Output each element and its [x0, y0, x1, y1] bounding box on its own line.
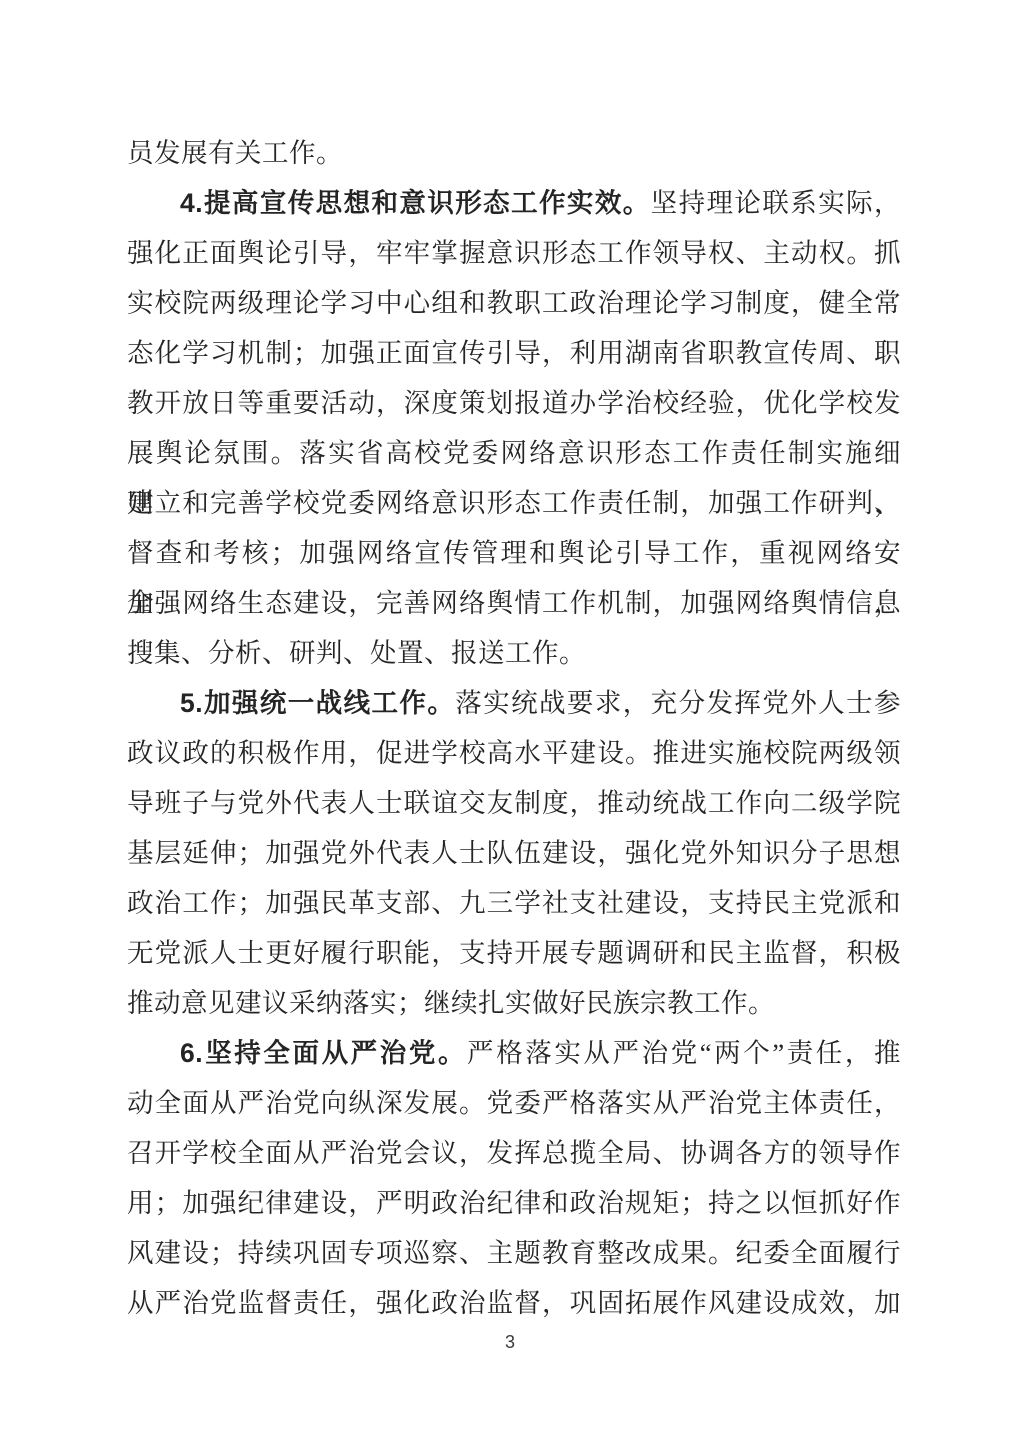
paragraph-text: 用；加强纪律建设，严明政治纪律和政治规矩；持之以恒抓好作 [127, 1188, 901, 1218]
paragraph-text: 态化学习机制；加强正面宣传引导，利用湖南省职教宣传周、职 [127, 338, 901, 368]
text-line: 搜集、分析、研判、处置、报送工作。 [127, 628, 901, 678]
text-line: 建立和完善学校党委网络意识形态工作责任制，加强工作研判、 [127, 478, 901, 528]
paragraph-text: 无党派人士更好履行职能，支持开展专题调研和民主监督，积极 [127, 938, 901, 968]
paragraph-text: 坚持理论联系实际， [651, 188, 901, 218]
paragraph-text: 落实统战要求，充分发挥党外人士参 [455, 688, 901, 718]
paragraph-text: 基层延伸；加强党外代表人士队伍建设，强化党外知识分子思想 [127, 838, 901, 868]
page-number: 3 [0, 1332, 1020, 1353]
paragraph-text: 推动意见建议采纳落实；继续扎实做好民族宗教工作。 [127, 988, 775, 1018]
paragraph-text: 风建设；持续巩固专项巡察、主题教育整改成果。纪委全面履行 [127, 1238, 901, 1268]
text-line: 政议政的积极作用，促进学校高水平建设。推进实施校院两级领 [127, 728, 901, 778]
text-line: 督查和考核；加强网络宣传管理和舆论引导工作，重视网络安全， [127, 528, 901, 578]
paragraph-heading: 5.加强统一战线工作。 [180, 688, 455, 718]
paragraph-heading: 6.坚持全面从严治党。 [180, 1038, 467, 1068]
document-page: 员发展有关工作。4.提高宣传思想和意识形态工作实效。坚持理论联系实际，强化正面舆… [0, 0, 1024, 1448]
text-line: 用；加强纪律建设，严明政治纪律和政治规矩；持之以恒抓好作 [127, 1178, 901, 1228]
text-line: 4.提高宣传思想和意识形态工作实效。坚持理论联系实际， [127, 178, 901, 228]
paragraph-text: 政议政的积极作用，促进学校高水平建设。推进实施校院两级领 [127, 738, 901, 768]
paragraph-text: 加强网络生态建设，完善网络舆情工作机制，加强网络舆情信息 [127, 588, 901, 618]
paragraph-text: 召开学校全面从严治党会议，发挥总揽全局、协调各方的领导作 [127, 1138, 901, 1168]
paragraph-text: 建立和完善学校党委网络意识形态工作责任制，加强工作研判、 [127, 488, 901, 518]
paragraph-text: 政治工作；加强民革支部、九三学社支社建设，支持民主党派和 [127, 888, 901, 918]
paragraph-heading: 4.提高宣传思想和意识形态工作实效。 [180, 188, 651, 218]
text-line: 政治工作；加强民革支部、九三学社支社建设，支持民主党派和 [127, 878, 901, 928]
text-line: 6.坚持全面从严治党。严格落实从严治党“两个”责任，推 [127, 1028, 901, 1078]
paragraph-text: 从严治党监督责任，强化政治监督，巩固拓展作风建设成效，加 [127, 1288, 901, 1318]
text-line: 无党派人士更好履行职能，支持开展专题调研和民主监督，积极 [127, 928, 901, 978]
text-line: 风建设；持续巩固专项巡察、主题教育整改成果。纪委全面履行 [127, 1228, 901, 1278]
paragraph-text: 严格落实从严治党“两个”责任，推 [467, 1038, 901, 1068]
text-line: 加强网络生态建设，完善网络舆情工作机制，加强网络舆情信息 [127, 578, 901, 628]
paragraph-text: 教开放日等重要活动，深度策划报道办学治校经验，优化学校发 [127, 388, 901, 418]
paragraph-text: 实校院两级理论学习中心组和教职工政治理论学习制度，健全常 [127, 288, 901, 318]
text-line: 动全面从严治党向纵深发展。党委严格落实从严治党主体责任， [127, 1078, 901, 1128]
paragraph-text: 搜集、分析、研判、处置、报送工作。 [127, 638, 586, 668]
paragraph-text: 导班子与党外代表人士联谊交友制度，推动统战工作向二级学院 [127, 788, 901, 818]
document-body: 员发展有关工作。4.提高宣传思想和意识形态工作实效。坚持理论联系实际，强化正面舆… [127, 128, 901, 1328]
paragraph-text: 员发展有关工作。 [127, 138, 343, 168]
text-line: 教开放日等重要活动，深度策划报道办学治校经验，优化学校发 [127, 378, 901, 428]
text-line: 导班子与党外代表人士联谊交友制度，推动统战工作向二级学院 [127, 778, 901, 828]
text-line: 员发展有关工作。 [127, 128, 901, 178]
paragraph-text: 强化正面舆论引导，牢牢掌握意识形态工作领导权、主动权。抓 [127, 238, 901, 268]
text-line: 强化正面舆论引导，牢牢掌握意识形态工作领导权、主动权。抓 [127, 228, 901, 278]
text-line: 5.加强统一战线工作。落实统战要求，充分发挥党外人士参 [127, 678, 901, 728]
text-line: 推动意见建议采纳落实；继续扎实做好民族宗教工作。 [127, 978, 901, 1028]
paragraph-text: 动全面从严治党向纵深发展。党委严格落实从严治党主体责任， [127, 1088, 901, 1118]
text-line: 展舆论氛围。落实省高校党委网络意识形态工作责任制实施细则， [127, 428, 901, 478]
text-line: 基层延伸；加强党外代表人士队伍建设，强化党外知识分子思想 [127, 828, 901, 878]
text-line: 从严治党监督责任，强化政治监督，巩固拓展作风建设成效，加 [127, 1278, 901, 1328]
text-line: 召开学校全面从严治党会议，发挥总揽全局、协调各方的领导作 [127, 1128, 901, 1178]
text-line: 态化学习机制；加强正面宣传引导，利用湖南省职教宣传周、职 [127, 328, 901, 378]
text-line: 实校院两级理论学习中心组和教职工政治理论学习制度，健全常 [127, 278, 901, 328]
